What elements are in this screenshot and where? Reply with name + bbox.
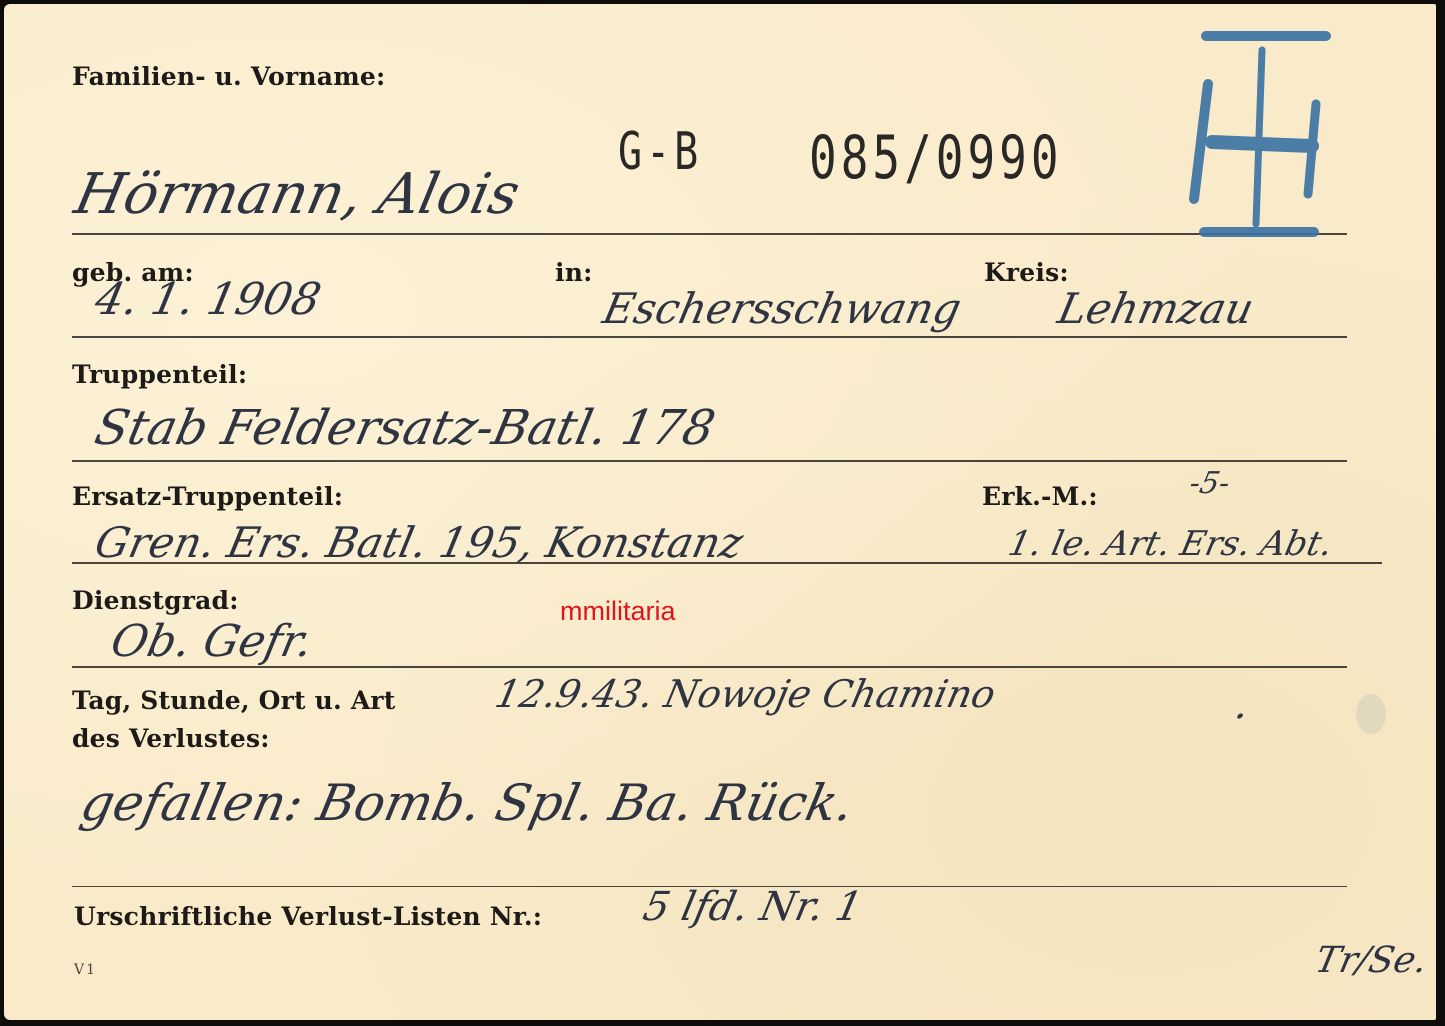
name-label: Familien- u. Vorname: [72,62,385,91]
loss-list-label: Urschriftliche Verlust-Listen Nr.: [74,902,542,931]
ink-stain [1356,694,1386,734]
district-label: Kreis: [984,258,1069,287]
casualty-record-card: Familien- u. Vorname: G-B 085/0990 Hörma… [4,4,1436,1020]
loss-type-entry: gefallen: Bomb. Spl. Ba. Rück. [76,774,859,832]
unit-label: Truppenteil: [72,360,247,389]
loss-list-entry: 5 lfd. Nr. 1 [639,884,866,930]
name-entry: Hörmann, Alois [69,162,525,227]
replacement-unit-extra-entry: 1. le. Art. Ers. Abt. [1005,524,1336,564]
replacement-unit-rule [72,562,1382,564]
blue-crayon-mark-icon [1184,24,1334,239]
erk-m-entry: -5- [1186,466,1233,501]
erk-m-label: Erk.-M.: [982,482,1098,511]
initials-entry: Tr/Se. [1312,940,1431,981]
rank-rule [72,666,1347,668]
stamp-number: 085/0990 [809,122,1063,192]
loss-details-label-line2: des Verlustes: [72,724,270,753]
loss-details-label-line1: Tag, Stunde, Ort u. Art [72,686,396,715]
stamp-prefix: G-B [618,122,702,182]
birth-rule [72,336,1347,338]
loss-dot: . [1231,682,1253,728]
born-on-entry: 4. 1. 1908 [91,274,326,325]
born-in-entry: Eschersschwang [599,284,966,333]
loss-date-place-entry: 12.9.43. Nowoje Chamino [491,672,999,716]
rank-entry: Ob. Gefr. [107,616,318,667]
district-entry: Lehmzau [1054,284,1258,333]
unit-rule [72,460,1347,462]
unit-entry: Stab Feldersatz-Batl. 178 [90,400,720,456]
replacement-unit-label: Ersatz-Truppenteil: [72,482,343,511]
form-code: V1 [74,962,97,978]
watermark: mmilitaria [560,596,676,627]
rank-label: Dienstgrad: [72,586,239,615]
born-in-label: in: [555,258,593,287]
replacement-unit-entry: Gren. Ers. Batl. 195, Konstanz [91,518,748,567]
name-rule [72,233,1347,235]
